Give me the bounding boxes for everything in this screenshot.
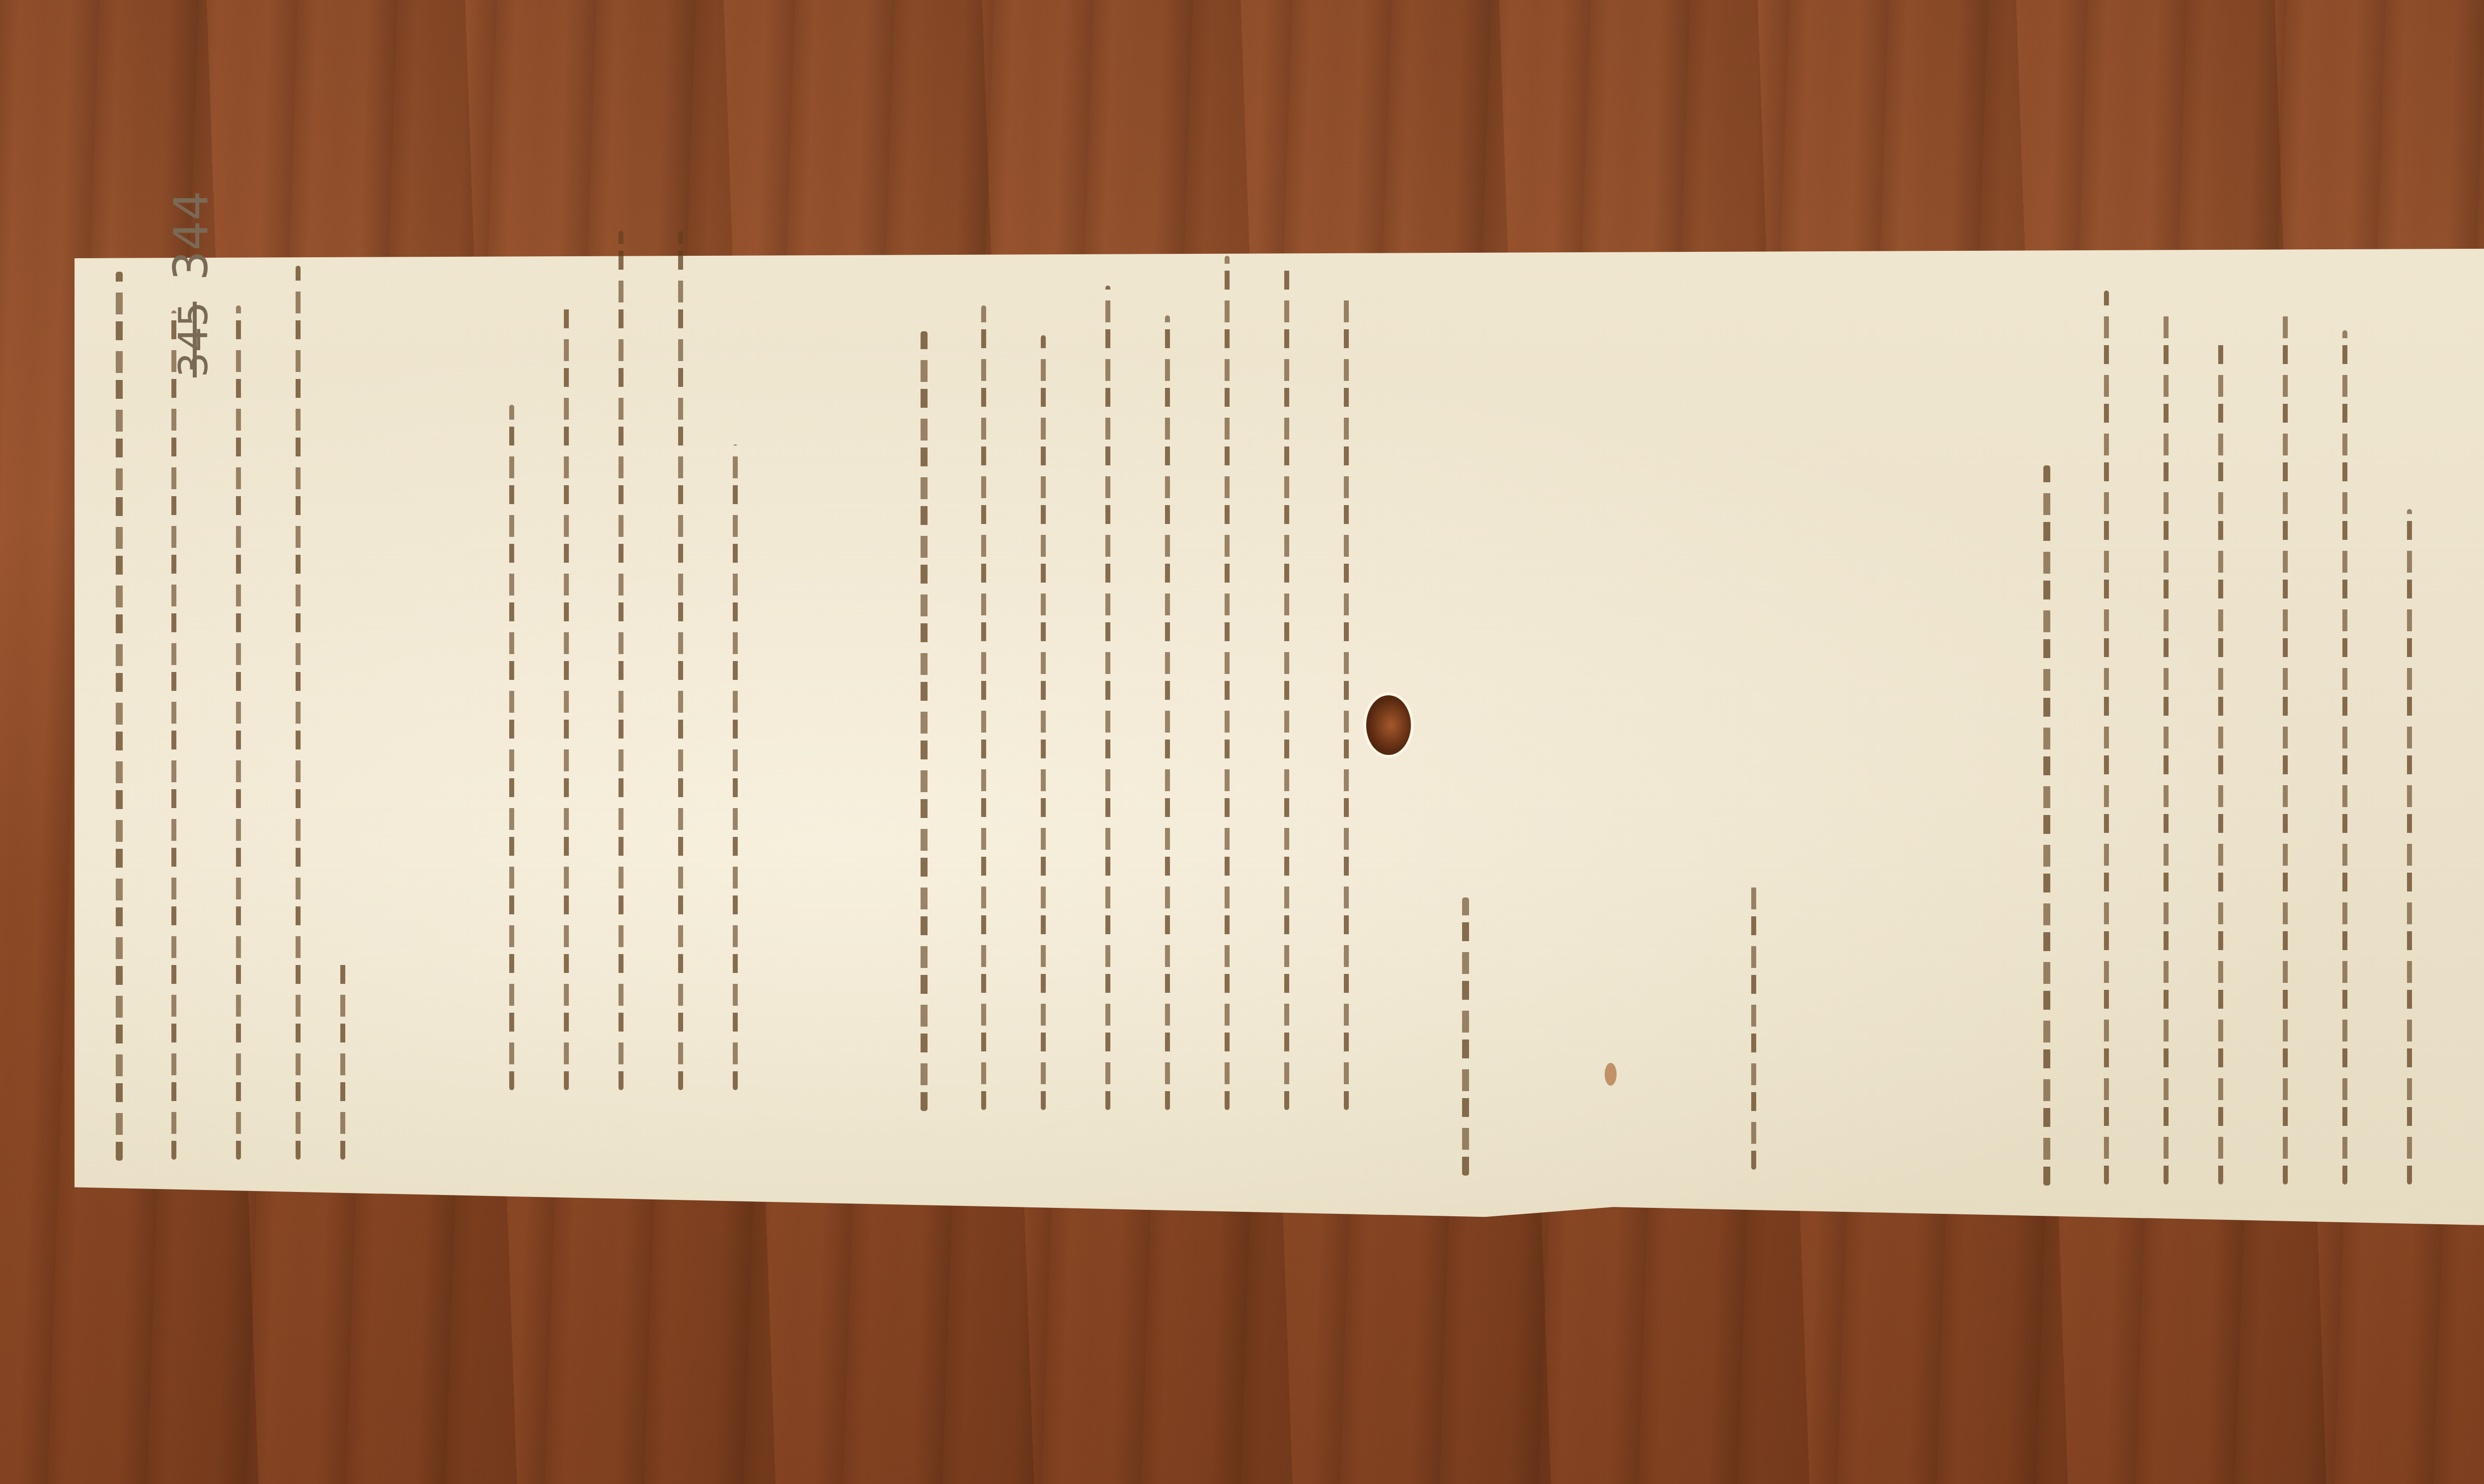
handwritten-line bbox=[1105, 286, 1110, 1110]
handwritten-line bbox=[2407, 509, 2412, 1185]
manuscript-page bbox=[75, 248, 2484, 1237]
handwritten-line bbox=[2218, 340, 2223, 1185]
handwritten-line bbox=[1041, 335, 1046, 1110]
worm-hole bbox=[1366, 695, 1411, 755]
handwritten-line bbox=[340, 961, 345, 1160]
handwritten-line bbox=[921, 331, 928, 1111]
handwritten-line bbox=[2283, 310, 2288, 1185]
signature-mark bbox=[1462, 897, 1469, 1176]
handwritten-line bbox=[1165, 315, 1170, 1110]
handwritten-line bbox=[733, 445, 738, 1090]
handwritten-line bbox=[619, 231, 623, 1090]
handwritten-line bbox=[981, 305, 986, 1110]
handwritten-line bbox=[2104, 291, 2109, 1185]
handwritten-line bbox=[564, 305, 569, 1090]
ink-stain bbox=[1605, 1063, 1617, 1086]
folio-number-struck: 345 bbox=[170, 301, 217, 377]
folio-number-current: 344 bbox=[164, 191, 219, 281]
handwritten-line bbox=[678, 231, 683, 1090]
handwritten-line bbox=[116, 272, 123, 1161]
handwritten-line bbox=[2342, 330, 2347, 1185]
handwritten-line bbox=[296, 266, 301, 1160]
short-note-line bbox=[1751, 877, 1756, 1170]
handwritten-line bbox=[1284, 266, 1289, 1110]
handwritten-line bbox=[171, 310, 176, 1160]
handwritten-line bbox=[2164, 305, 2169, 1185]
handwritten-line bbox=[236, 305, 241, 1160]
handwritten-line bbox=[509, 405, 514, 1090]
handwritten-line bbox=[1225, 256, 1230, 1110]
handwritten-line bbox=[1344, 296, 1349, 1110]
handwritten-line bbox=[2043, 465, 2050, 1186]
